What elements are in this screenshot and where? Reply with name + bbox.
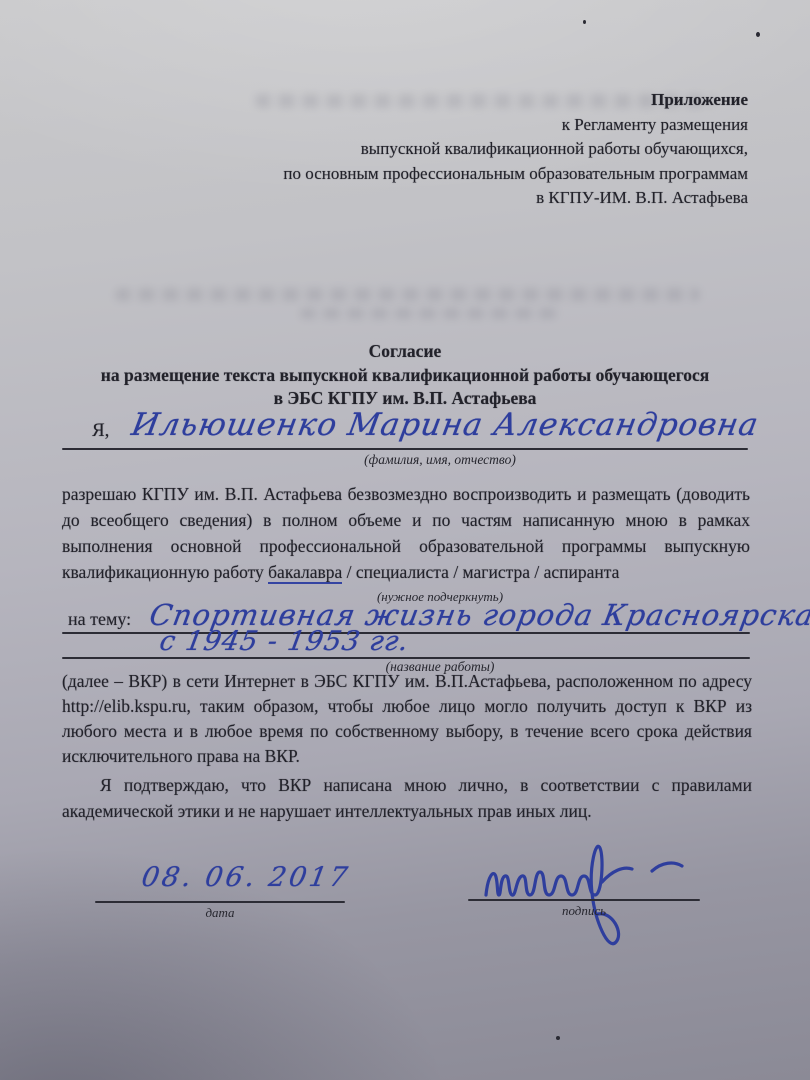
- name-prefix: Я,: [92, 420, 109, 442]
- dust-speck: [556, 1036, 560, 1040]
- header-line: по основным профессиональным образовател…: [283, 162, 748, 187]
- date-rule: [95, 901, 345, 903]
- date-caption: дата: [95, 905, 345, 921]
- dust-speck: [583, 20, 586, 24]
- signature-rule: [468, 899, 700, 901]
- date-handwritten: 08. 06. 2017: [139, 862, 352, 893]
- name-handwritten: Ильюшенко Марина Александровна: [129, 407, 762, 443]
- bleed-through-band: [300, 308, 560, 319]
- document-title: Согласие на размещение текста выпускной …: [0, 340, 810, 411]
- topic-label: на тему:: [68, 609, 131, 630]
- photographed-consent-document: Приложение к Регламенту размещения выпус…: [0, 0, 810, 1080]
- bleed-through-band: [115, 288, 700, 301]
- header-block: Приложение к Регламенту размещения выпус…: [283, 88, 748, 211]
- dust-speck: [756, 32, 760, 37]
- header-line: к Регламенту размещения: [283, 113, 748, 138]
- internet-paragraph: (далее – ВКР) в сети Интернет в ЭБС КГПУ…: [62, 669, 752, 769]
- permission-text-after: / специалиста / магистра / аспиранта: [342, 562, 619, 582]
- header-line: в КГПУ-ИМ. В.П. Астафьева: [283, 186, 748, 211]
- title-line: на размещение текста выпускной квалифика…: [0, 364, 810, 388]
- permission-paragraph: разрешаю КГПУ им. В.П. Астафьева безвозм…: [62, 481, 750, 585]
- name-underline: [62, 448, 748, 450]
- underlined-degree: бакалавра: [268, 562, 342, 584]
- title-line: Согласие: [0, 340, 810, 364]
- name-caption: (фамилия, имя, отчество): [100, 452, 780, 468]
- header-line: Приложение: [283, 88, 748, 113]
- topic-handwritten-line-2: с 1945 - 1953 гг.: [157, 626, 411, 657]
- signature-caption: подпись: [468, 903, 700, 919]
- confirmation-paragraph: Я подтверждаю, что ВКР написана мною лич…: [62, 772, 752, 824]
- header-line: выпускной квалификационной работы обучаю…: [283, 137, 748, 162]
